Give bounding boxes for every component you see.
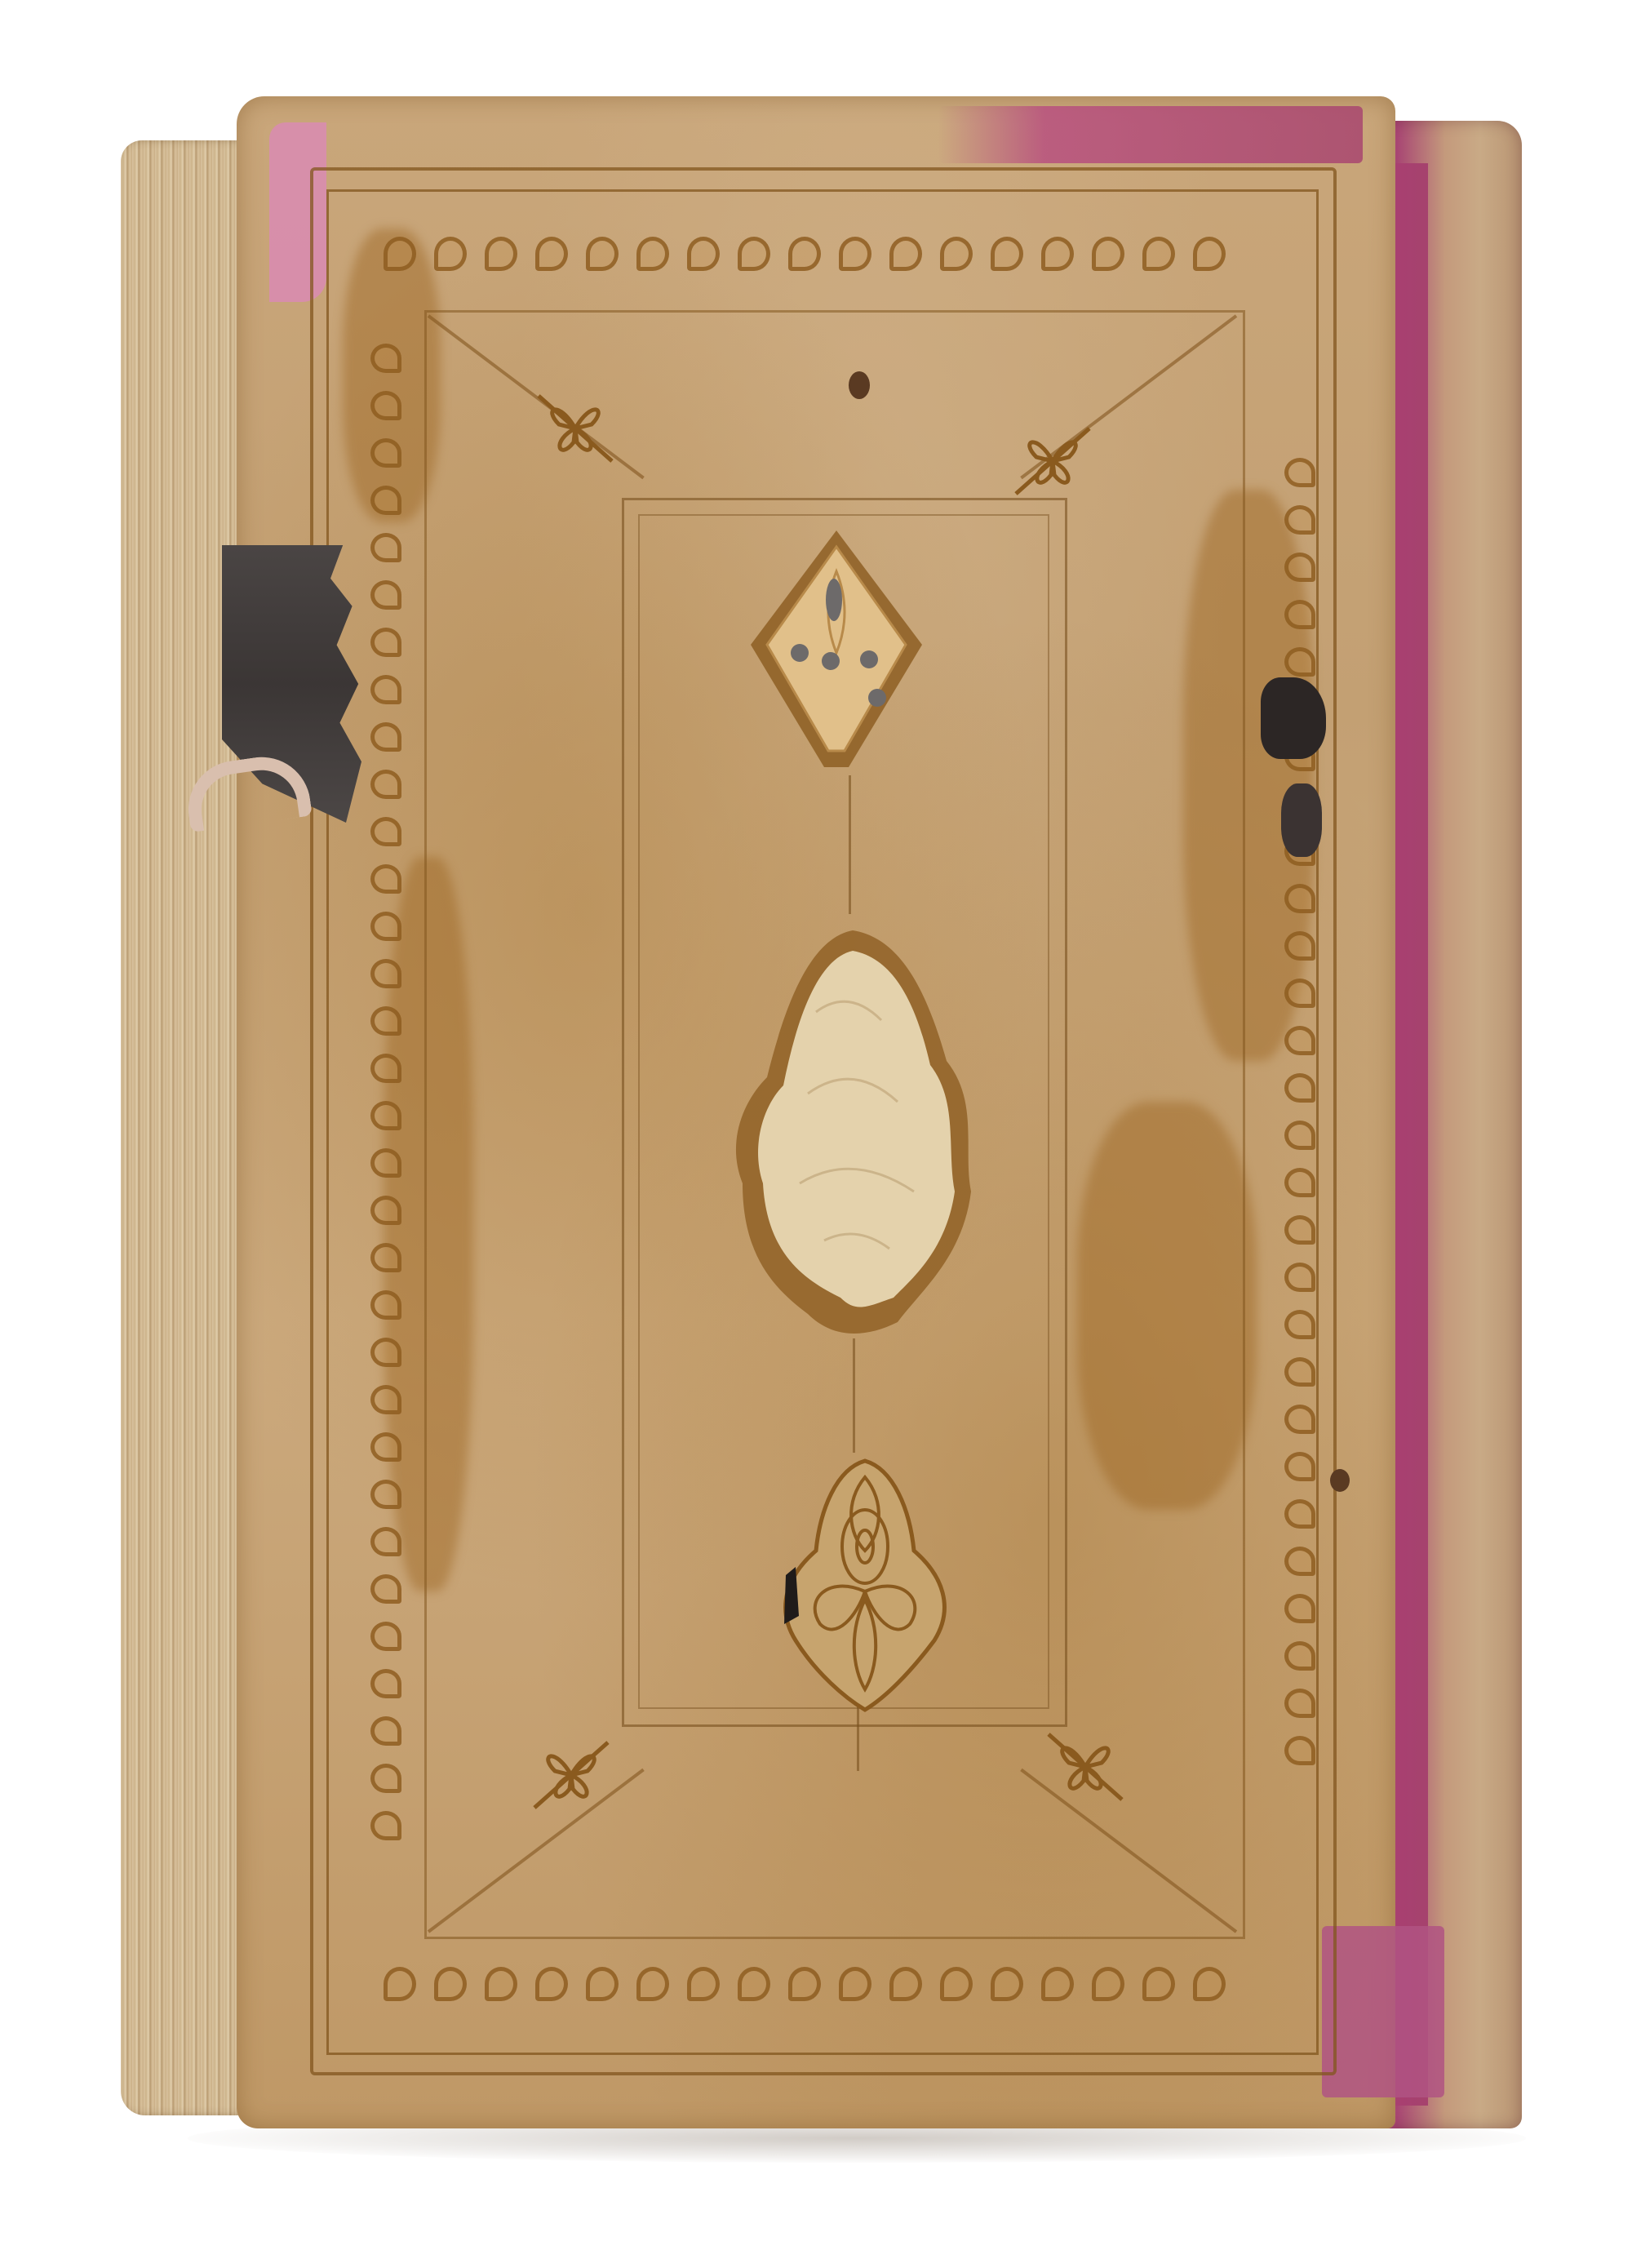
scroll-stamp [535, 237, 568, 271]
scroll-stamp [1284, 1073, 1315, 1103]
scroll-stamp [1284, 647, 1315, 677]
worn-pink-lower-spine [1322, 1926, 1444, 2097]
scroll-stamp [434, 1967, 467, 2001]
top-scroll-border [384, 237, 1226, 271]
scroll-stamp [1284, 884, 1315, 913]
scroll-stamp [370, 1054, 401, 1083]
scroll-stamp [370, 1385, 401, 1414]
book-photo [0, 0, 1632, 2268]
scroll-stamp [1284, 1357, 1315, 1387]
nail-hole [1330, 1469, 1350, 1492]
scroll-stamp [991, 237, 1023, 271]
scroll-stamp [636, 1967, 669, 2001]
scroll-stamp [370, 1338, 401, 1367]
scroll-stamp [1142, 1967, 1175, 2001]
scroll-stamp [687, 1967, 720, 2001]
scroll-stamp [370, 1480, 401, 1509]
scroll-stamp [889, 237, 922, 271]
scroll-stamp [370, 817, 401, 846]
scroll-stamp [370, 912, 401, 941]
scroll-stamp [370, 1764, 401, 1793]
fleuron-ornament-bottom-left [530, 1738, 612, 1812]
scroll-stamp [1284, 1026, 1315, 1055]
scroll-stamp [738, 1967, 770, 2001]
scroll-stamp [370, 1243, 401, 1272]
scroll-stamp [370, 1101, 401, 1130]
scroll-stamp [370, 1006, 401, 1036]
scroll-stamp [384, 1967, 416, 2001]
scroll-stamp [370, 1574, 401, 1604]
scroll-stamp [370, 675, 401, 704]
scroll-stamp [535, 1967, 568, 2001]
scroll-stamp [1284, 1736, 1315, 1765]
scroll-stamp [1041, 237, 1074, 271]
scroll-stamp [1284, 1641, 1315, 1671]
scroll-stamp [1284, 505, 1315, 535]
scroll-stamp [384, 237, 416, 271]
worm-hole [849, 371, 870, 399]
tooled-connector-line [849, 775, 851, 914]
left-scroll-border [371, 343, 401, 1841]
scroll-stamp [370, 344, 401, 373]
scroll-stamp [839, 1967, 871, 2001]
scroll-stamp [370, 1669, 401, 1698]
scroll-stamp [687, 237, 720, 271]
scroll-stamp [1284, 1405, 1315, 1434]
scroll-stamp [1284, 553, 1315, 582]
scroll-stamp [1041, 1967, 1074, 2001]
scroll-stamp [485, 1967, 517, 2001]
scroll-stamp [1284, 1310, 1315, 1339]
scroll-stamp [370, 580, 401, 610]
scroll-stamp [370, 1716, 401, 1746]
scroll-stamp [370, 1196, 401, 1225]
scroll-stamp [370, 1148, 401, 1178]
scroll-stamp [1284, 600, 1315, 629]
scroll-stamp [370, 864, 401, 894]
scroll-stamp [370, 1432, 401, 1462]
fleuron-ornament-top-left [534, 392, 616, 465]
scroll-stamp [889, 1967, 922, 2001]
right-scroll-border [1285, 457, 1315, 1766]
dark-stain [1261, 677, 1326, 759]
scroll-stamp [485, 237, 517, 271]
scroll-stamp [1092, 237, 1124, 271]
scroll-stamp [1193, 237, 1226, 271]
scroll-stamp [1193, 1967, 1226, 2001]
scroll-stamp [370, 770, 401, 799]
scroll-stamp [1284, 1594, 1315, 1623]
scroll-stamp [1092, 1967, 1124, 2001]
scroll-stamp [788, 1967, 821, 2001]
scroll-stamp [1284, 458, 1315, 487]
scroll-stamp [586, 237, 619, 271]
scroll-stamp [370, 486, 401, 515]
scroll-stamp [370, 1622, 401, 1651]
scroll-stamp [1284, 1215, 1315, 1245]
scroll-stamp [370, 438, 401, 468]
scroll-stamp [370, 1811, 401, 1840]
scroll-stamp [636, 237, 669, 271]
scroll-stamp [940, 237, 973, 271]
scroll-stamp [1284, 1547, 1315, 1576]
scroll-stamp [1284, 1121, 1315, 1150]
tooled-connector-line [853, 1338, 855, 1453]
fleuron-ornament-top-right [1012, 424, 1093, 498]
scroll-stamp [1284, 979, 1315, 1008]
scroll-stamp [370, 1527, 401, 1556]
scroll-stamp [370, 959, 401, 988]
scroll-stamp [1284, 931, 1315, 961]
scroll-stamp [1284, 1452, 1315, 1481]
scroll-stamp [788, 237, 821, 271]
scroll-stamp [1142, 237, 1175, 271]
fleuron-ornament-bottom-right [1044, 1730, 1126, 1804]
scroll-stamp [1284, 1499, 1315, 1529]
dark-stain [1281, 783, 1322, 857]
worn-pink-edge-top [938, 106, 1363, 163]
scroll-stamp [839, 237, 871, 271]
scroll-stamp [738, 237, 770, 271]
scroll-stamp [434, 237, 467, 271]
scroll-stamp [370, 533, 401, 562]
scroll-stamp [1284, 1689, 1315, 1718]
scroll-stamp [1284, 1263, 1315, 1292]
scroll-stamp [370, 628, 401, 657]
upper-pendant-ornament [734, 522, 938, 783]
scroll-stamp [370, 722, 401, 752]
scroll-stamp [586, 1967, 619, 2001]
scroll-stamp [370, 1290, 401, 1320]
scroll-stamp [940, 1967, 973, 2001]
lower-pendant-ornament [771, 1453, 959, 1714]
bottom-scroll-border [384, 1967, 1226, 2001]
scroll-stamp [370, 391, 401, 420]
central-cartouche [718, 914, 987, 1338]
scroll-stamp [1284, 1168, 1315, 1197]
scroll-stamp [991, 1967, 1023, 2001]
